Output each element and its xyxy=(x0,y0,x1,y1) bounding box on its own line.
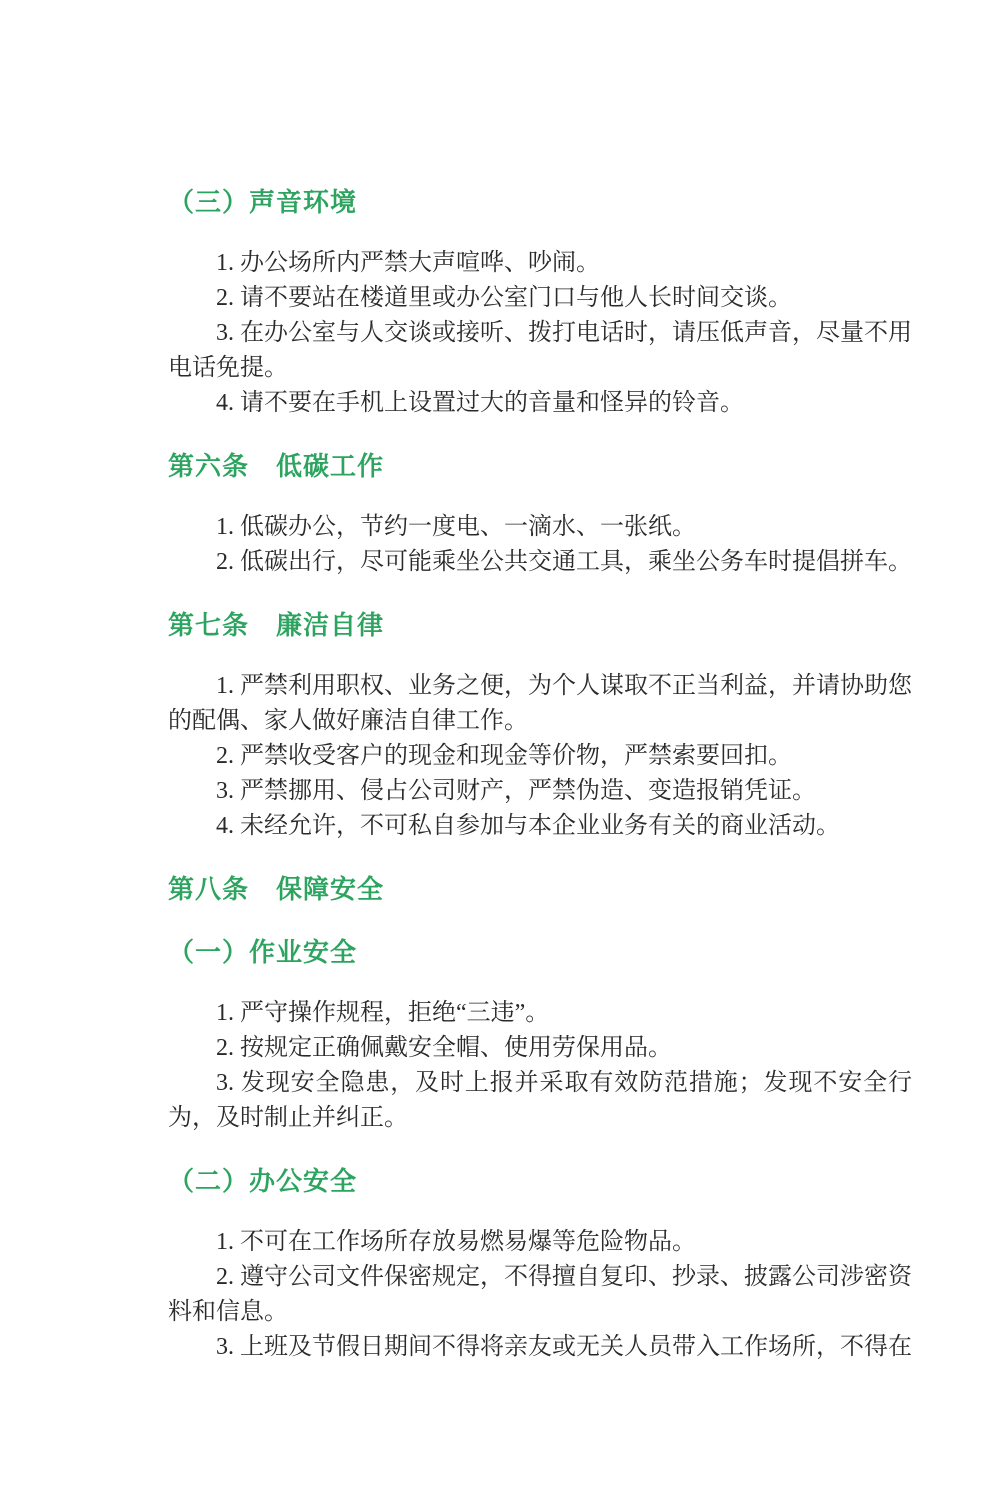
list-item: 1. 低碳办公，节约一度电、一滴水、一张纸。 xyxy=(168,510,912,545)
list-item: 1. 办公场所内严禁大声喧哗、吵闹。 xyxy=(168,246,912,281)
list-item: 1. 不可在工作场所存放易燃易爆等危险物品。 xyxy=(168,1225,912,1260)
list-item: 4. 未经允许，不可私自参加与本企业业务有关的商业活动。 xyxy=(168,809,912,844)
list-item: 4. 请不要在手机上设置过大的音量和怪异的铃音。 xyxy=(168,386,912,421)
section-heading: 第八条 保障安全 xyxy=(168,872,912,907)
list-item: 2. 遵守公司文件保密规定，不得擅自复印、抄录、披露公司涉密资料和信息。 xyxy=(168,1260,912,1330)
section-operation-safety: （一）作业安全 1. 严守操作规程，拒绝“三违”。 2. 按规定正确佩戴安全帽、… xyxy=(168,935,912,1136)
list-item: 2. 低碳出行，尽可能乘坐公共交通工具，乘坐公务车时提倡拼车。 xyxy=(168,545,912,580)
section-sound-environment: （三）声音环境 1. 办公场所内严禁大声喧哗、吵闹。 2. 请不要站在楼道里或办… xyxy=(168,185,912,421)
section-safety-guarantee: 第八条 保障安全 xyxy=(168,872,912,907)
section-heading: （一）作业安全 xyxy=(168,935,912,970)
document-body: （三）声音环境 1. 办公场所内严禁大声喧哗、吵闹。 2. 请不要站在楼道里或办… xyxy=(0,0,988,1365)
list-item: 3. 严禁挪用、侵占公司财产，严禁伪造、变造报销凭证。 xyxy=(168,774,912,809)
section-office-safety: （二）办公安全 1. 不可在工作场所存放易燃易爆等危险物品。 2. 遵守公司文件… xyxy=(168,1164,912,1365)
section-heading: 第七条 廉洁自律 xyxy=(168,608,912,643)
list-item: 1. 严守操作规程，拒绝“三违”。 xyxy=(168,996,912,1031)
section-integrity-self-discipline: 第七条 廉洁自律 1. 严禁利用职权、业务之便，为个人谋取不正当利益，并请协助您… xyxy=(168,608,912,844)
list-item: 2. 严禁收受客户的现金和现金等价物，严禁索要回扣。 xyxy=(168,739,912,774)
section-heading: （三）声音环境 xyxy=(168,185,912,220)
section-heading: 第六条 低碳工作 xyxy=(168,449,912,484)
list-item: 3. 上班及节假日期间不得将亲友或无关人员带入工作场所，不得在 xyxy=(168,1330,912,1365)
list-item: 3. 在办公室与人交谈或接听、拨打电话时，请压低声音，尽量不用电话免提。 xyxy=(168,316,912,386)
section-heading: （二）办公安全 xyxy=(168,1164,912,1199)
document-page: （三）声音环境 1. 办公场所内严禁大声喧哗、吵闹。 2. 请不要站在楼道里或办… xyxy=(0,0,988,1500)
list-item: 2. 请不要站在楼道里或办公室门口与他人长时间交谈。 xyxy=(168,281,912,316)
list-item: 2. 按规定正确佩戴安全帽、使用劳保用品。 xyxy=(168,1031,912,1066)
section-low-carbon-work: 第六条 低碳工作 1. 低碳办公，节约一度电、一滴水、一张纸。 2. 低碳出行，… xyxy=(168,449,912,580)
list-item: 1. 严禁利用职权、业务之便，为个人谋取不正当利益，并请协助您的配偶、家人做好廉… xyxy=(168,669,912,739)
list-item: 3. 发现安全隐患，及时上报并采取有效防范措施；发现不安全行为，及时制止并纠正。 xyxy=(168,1066,912,1136)
